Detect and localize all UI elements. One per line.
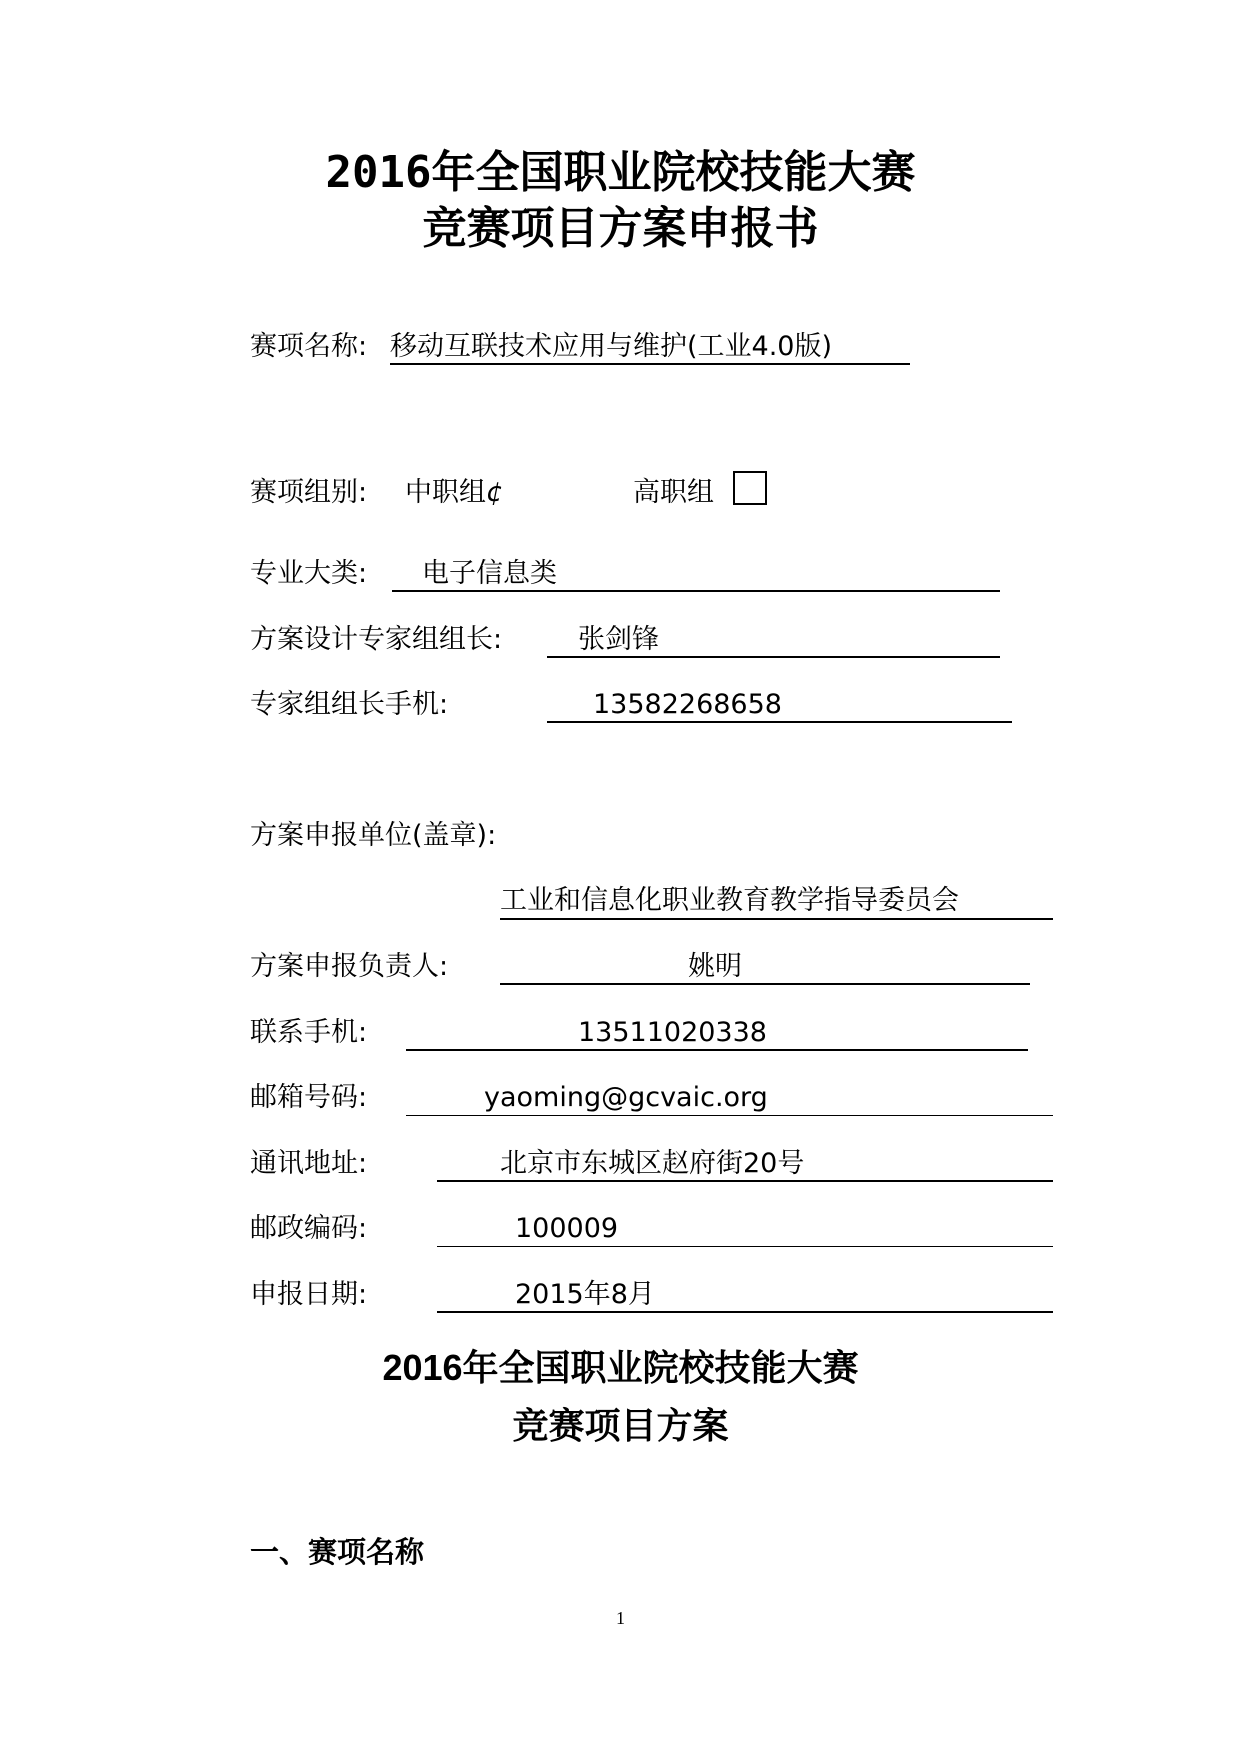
field-expert-leader-underline [547,656,1000,658]
applicant-label: 方案申报单位(盖章): [250,819,496,853]
field-major-category-underline [392,590,1000,592]
field-expert-phone-underline [547,721,1012,723]
field-expert-phone-label: 专家组组长手机: [250,688,448,722]
applicant-organization-underline [500,918,1053,920]
cover-title-line2: 竞赛项目方案申报书 [0,203,1241,255]
field-contact-phone-label: 联系手机: [250,1016,367,1050]
field-email-underline [406,1115,1053,1116]
field-major-category-label: 专业大类: [250,557,367,591]
field-address-label: 通讯地址: [250,1147,367,1181]
field-postal-code-value: 100009 [515,1212,618,1246]
field-expert-leader-value: 张剑锋 [578,623,659,657]
field-address-value: 北京市东城区赵府街20号 [500,1147,804,1181]
field-major-category-value: 电子信息类 [422,557,557,591]
field-expert-phone-value: 13582268658 [593,688,782,722]
group-label: 赛项组别: [250,476,367,510]
field-date-label: 申报日期: [250,1278,367,1312]
field-responsible-person-underline [500,983,1030,985]
cover-title-line1: 2016年全国职业院校技能大赛 [0,147,1241,199]
field-email-value: yaoming@gcvaic.org [484,1081,768,1115]
applicant-organization: 工业和信息化职业教育教学指导委员会 [500,884,959,918]
field-date-underline [437,1311,1053,1313]
group-option-secondary-label: 中职组 [405,477,486,508]
event-name-label: 赛项名称: [250,330,367,364]
field-postal-code-underline [437,1246,1053,1247]
event-name-value: 移动互联技术应用与维护(工业4.0版) [390,330,832,364]
group-option-higher-checkbox[interactable] [733,471,767,505]
group-option-secondary[interactable]: 中职组¢ [405,476,503,510]
plan-title-line1: 2016年全国职业院校技能大赛 [0,1346,1241,1390]
field-date-value: 2015年8月 [515,1278,655,1312]
field-expert-leader-label: 方案设计专家组组长: [250,623,502,657]
section-heading: 一、赛项名称 [250,1535,424,1571]
field-responsible-person-label: 方案申报负责人: [250,950,448,984]
field-address-underline [437,1180,1053,1182]
field-contact-phone-underline [406,1049,1028,1051]
event-name-underline [390,363,910,365]
group-option-higher-label: 高职组 [633,476,714,510]
page-number: 1 [0,1607,1241,1629]
group-option-secondary-mark-icon: ¢ [486,477,503,508]
field-responsible-person-value: 姚明 [688,950,742,984]
field-postal-code-label: 邮政编码: [250,1212,367,1246]
plan-title-line2: 竞赛项目方案 [0,1404,1241,1448]
field-email-label: 邮箱号码: [250,1081,367,1115]
field-contact-phone-value: 13511020338 [578,1016,767,1050]
